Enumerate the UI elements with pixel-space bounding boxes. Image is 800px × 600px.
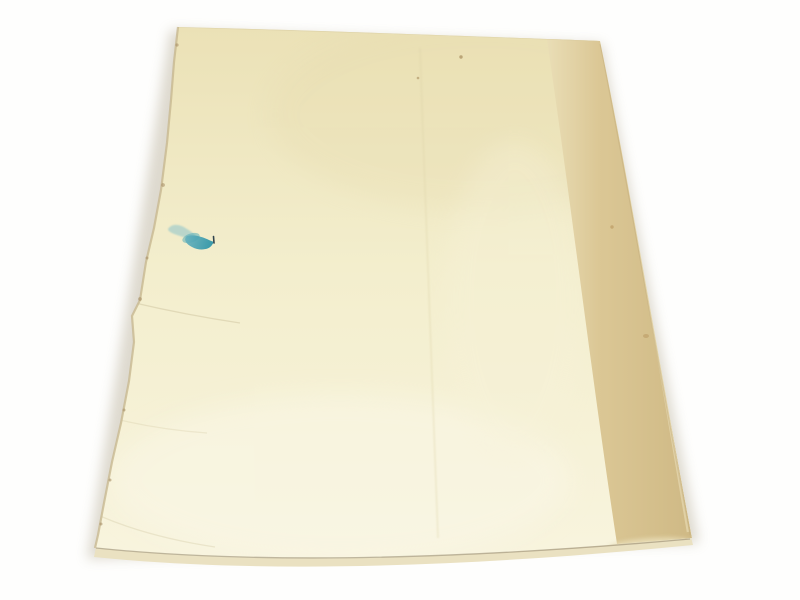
deckle-spot (146, 257, 149, 260)
deckle-spot (161, 183, 165, 187)
deckle-spot (109, 479, 112, 482)
cover-side-highlight (445, 140, 585, 460)
photo-scene (0, 0, 800, 600)
ink-speck (214, 237, 215, 244)
photo-canvas (0, 0, 800, 600)
deckle-spot (100, 523, 103, 526)
paper-speck (459, 55, 462, 58)
paper-speck (610, 225, 613, 228)
deckle-spot (175, 43, 178, 46)
paper-speck (417, 77, 420, 80)
deckle-spot (123, 409, 126, 412)
paper-speck (643, 334, 649, 338)
deckle-spot (138, 297, 142, 301)
